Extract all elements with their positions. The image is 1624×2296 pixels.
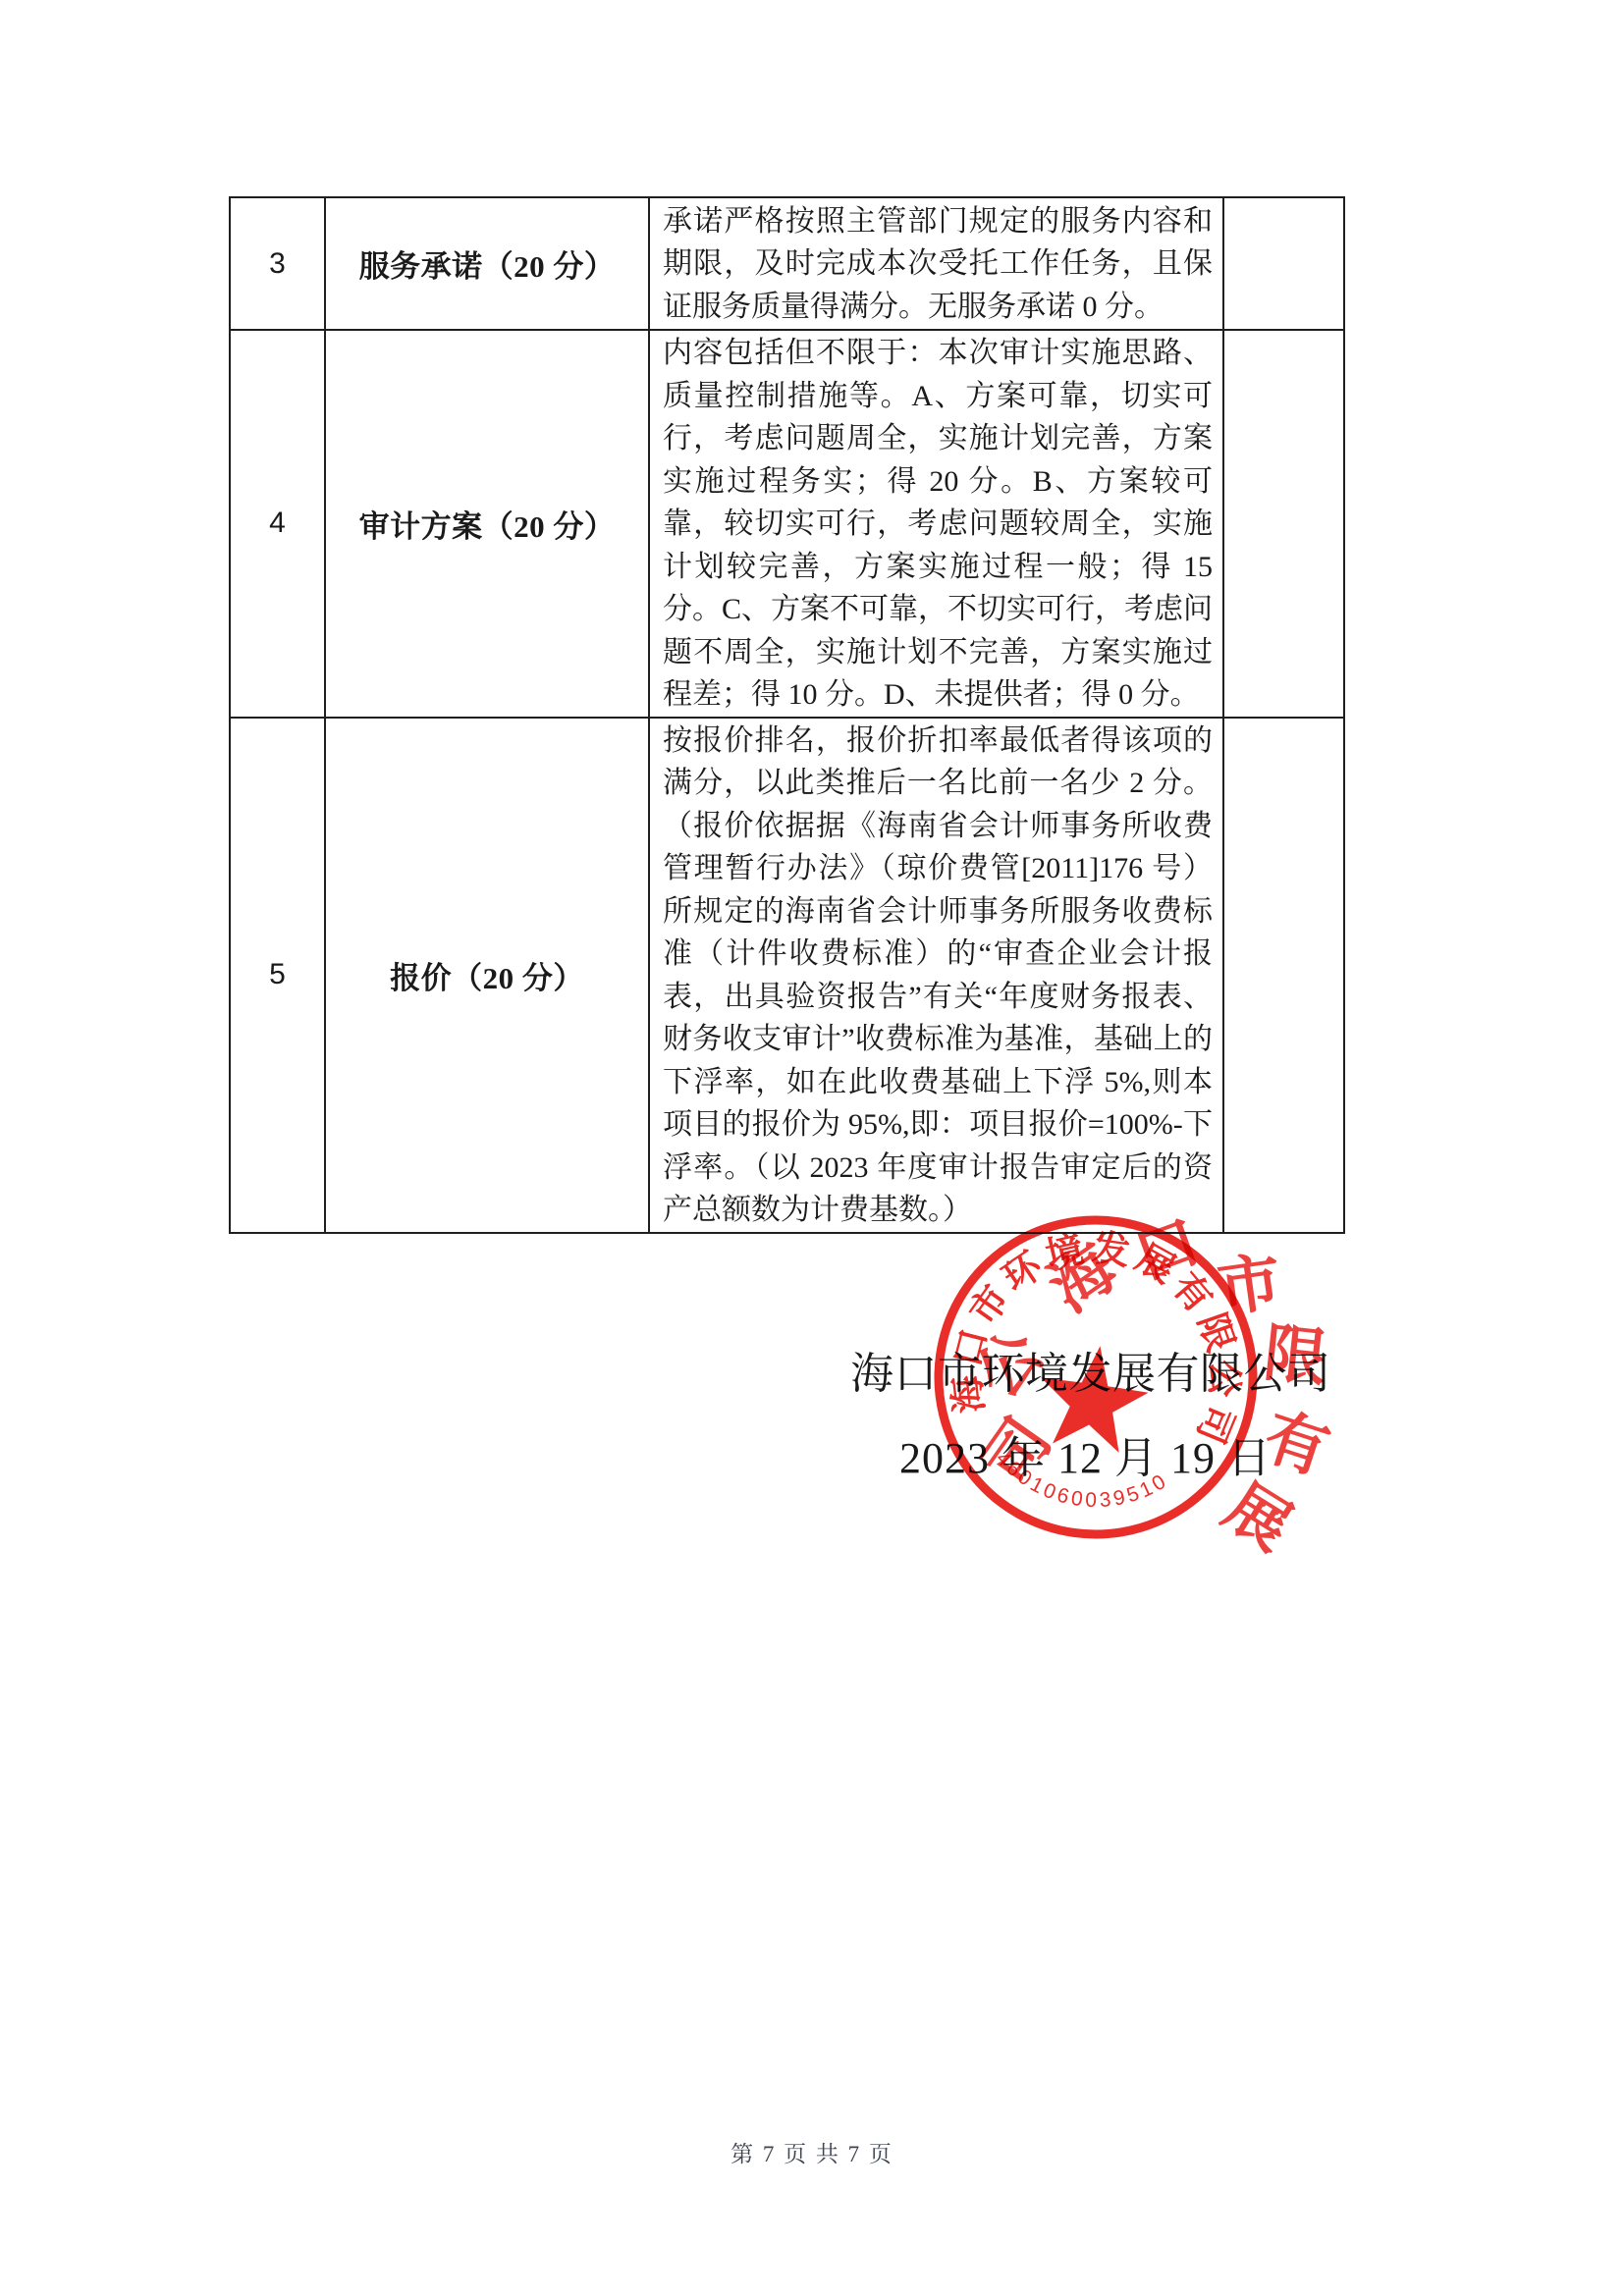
table-row: 3 服务承诺（20 分） 承诺严格按照主管部门规定的服务内容和期限，及时完成本次… [230, 197, 1344, 330]
table-row: 5 报价（20 分） 按报价排名，报价折扣率最低者得该项的满分，以此类推后一名比… [230, 718, 1344, 1233]
seal-overlap-char: 限 [1260, 1303, 1331, 1399]
evaluation-table: 3 服务承诺（20 分） 承诺严格按照主管部门规定的服务内容和期限，及时完成本次… [229, 196, 1345, 1234]
score-cell-empty [1223, 330, 1344, 718]
criteria-description: 内容包括但不限于：本次审计实施思路、质量控制措施等。A、方案可靠，切实可行，考虑… [649, 330, 1223, 718]
criteria-label: 服务承诺（20 分） [325, 197, 649, 330]
page-number-footer: 第 7 页 共 7 页 [0, 2136, 1624, 2168]
criteria-label: 报价（20 分） [325, 718, 649, 1233]
row-number: 3 [230, 197, 325, 330]
score-cell-empty [1223, 197, 1344, 330]
row-number: 4 [230, 330, 325, 718]
row-number: 5 [230, 718, 325, 1233]
criteria-label: 审计方案（20 分） [325, 330, 649, 718]
criteria-description: 按报价排名，报价折扣率最低者得该项的满分，以此类推后一名比前一名少 2 分。（报… [649, 718, 1223, 1233]
table-row: 4 审计方案（20 分） 内容包括但不限于：本次审计实施思路、质量控制措施等。A… [230, 330, 1344, 718]
score-cell-empty [1223, 718, 1344, 1233]
document-page: 3 服务承诺（20 分） 承诺严格按照主管部门规定的服务内容和期限，及时完成本次… [0, 0, 1624, 2296]
criteria-description: 承诺严格按照主管部门规定的服务内容和期限，及时完成本次受托工作任务，且保证服务质… [649, 197, 1223, 330]
